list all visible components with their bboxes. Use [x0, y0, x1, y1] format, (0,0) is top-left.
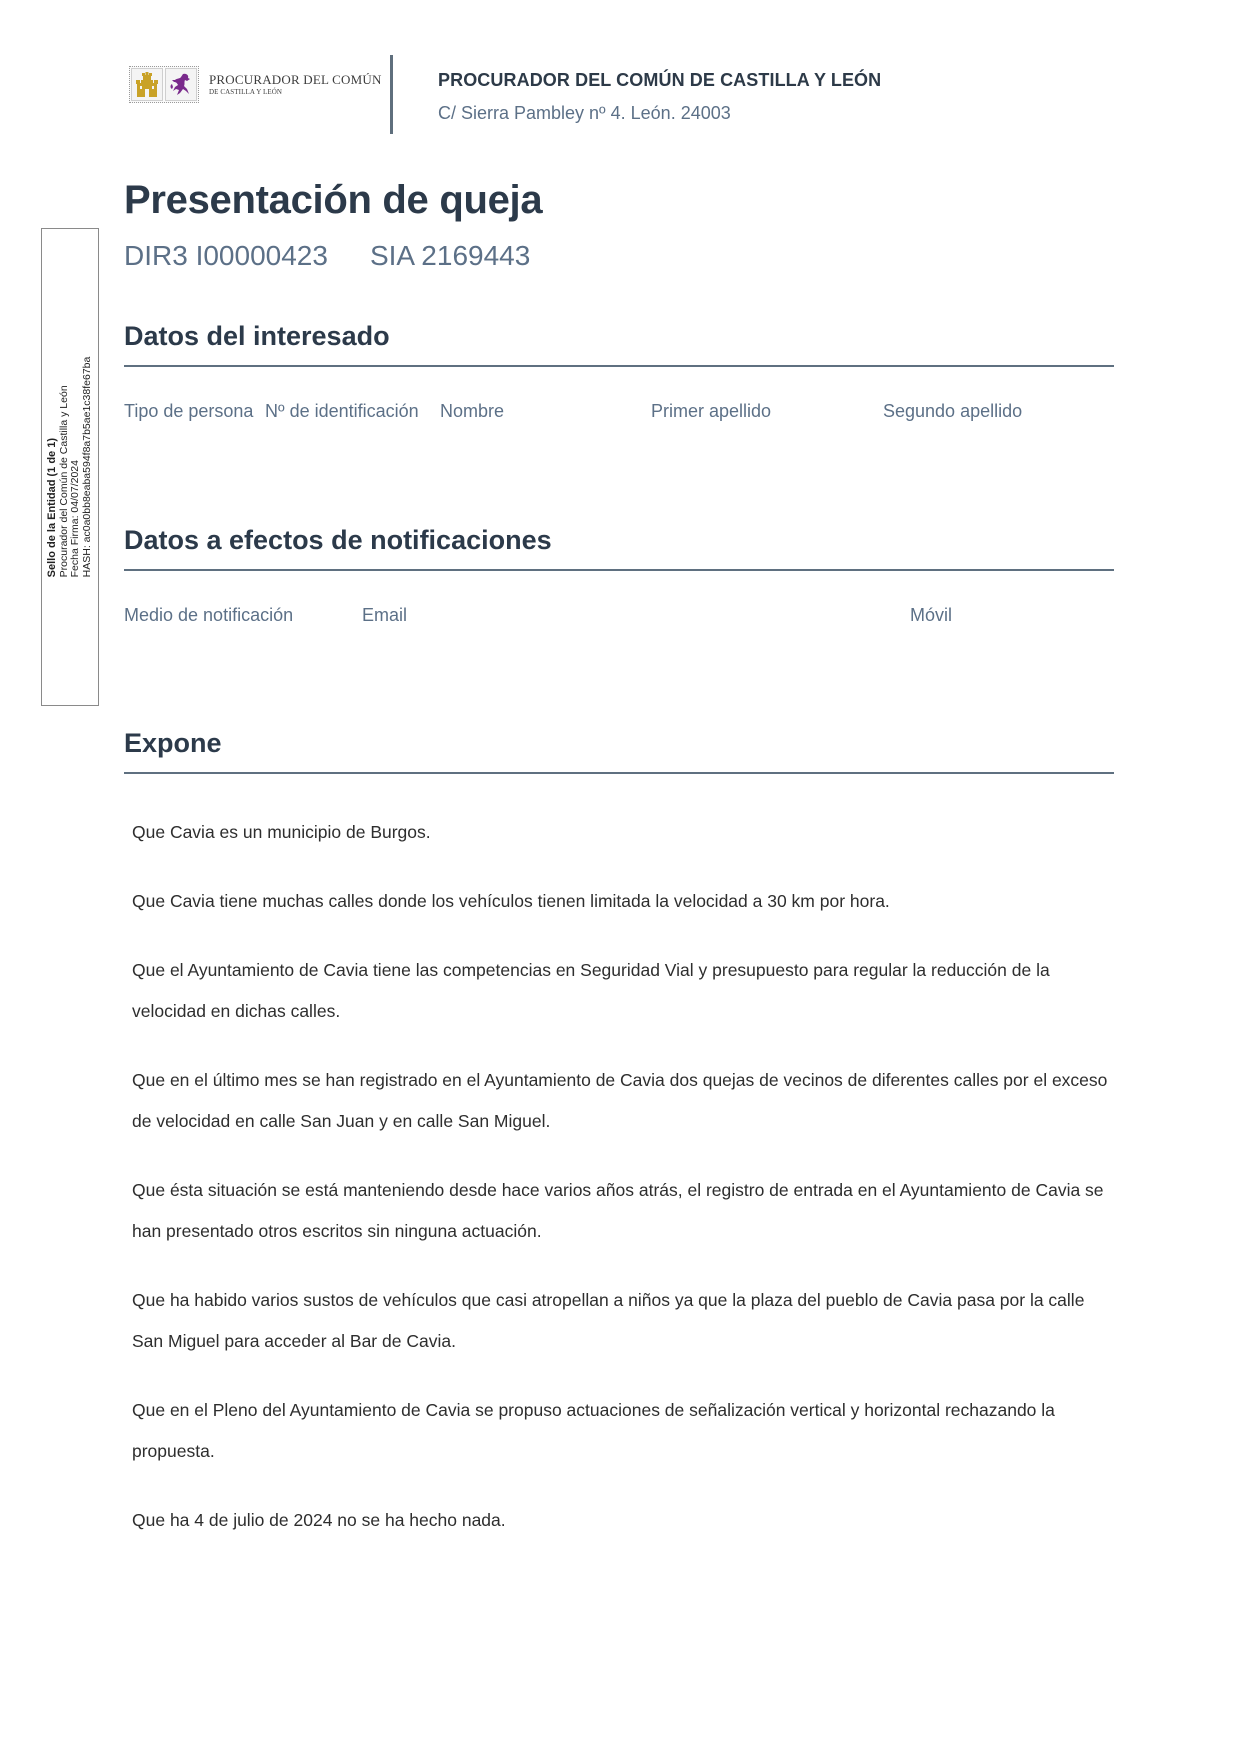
- section-title-notificaciones: Datos a efectos de notificaciones: [124, 525, 552, 556]
- field-label-email: Email: [362, 605, 407, 626]
- section-divider: [124, 772, 1114, 774]
- expone-paragraph: Que el Ayuntamiento de Cavia tiene las c…: [132, 950, 1112, 1032]
- dir3-code: DIR3 I00000423: [124, 240, 328, 272]
- castle-icon: [131, 68, 163, 101]
- expone-paragraph: Que Cavia es un municipio de Burgos.: [132, 812, 1112, 853]
- seal-text: Sello de la Entidad (1 de 1) Procurador …: [47, 357, 93, 578]
- document-codes: DIR3 I00000423 SIA 2169443: [124, 240, 530, 272]
- expone-paragraph: Que en el último mes se han registrado e…: [132, 1060, 1112, 1142]
- expone-body: Que Cavia es un municipio de Burgos. Que…: [132, 812, 1112, 1569]
- expone-paragraph: Que ésta situación se está manteniendo d…: [132, 1170, 1112, 1252]
- field-label-movil: Móvil: [910, 605, 952, 626]
- coat-of-arms: [129, 66, 199, 103]
- expone-paragraph: Que ha habido varios sustos de vehículos…: [132, 1280, 1112, 1362]
- organization-address: C/ Sierra Pambley nº 4. León. 24003: [438, 103, 731, 124]
- field-label-primer-apellido: Primer apellido: [651, 401, 771, 422]
- organization-logo: PROCURADOR DEL COMÚN DE CASTILLA Y LEÓN: [129, 66, 382, 103]
- page-title: Presentación de queja: [124, 178, 542, 223]
- expone-paragraph: Que ha 4 de julio de 2024 no se ha hecho…: [132, 1500, 1112, 1541]
- seal-signature-date: Fecha Firma: 04/07/2024: [70, 357, 82, 578]
- lion-icon: [165, 68, 197, 101]
- section-divider: [124, 365, 1114, 367]
- field-label-medio-notificacion: Medio de notificación: [124, 605, 293, 626]
- section-divider: [124, 569, 1114, 571]
- sia-code: SIA 2169443: [370, 240, 530, 272]
- header-divider: [390, 55, 393, 134]
- field-label-segundo-apellido: Segundo apellido: [883, 401, 1022, 422]
- expone-paragraph: Que en el Pleno del Ayuntamiento de Cavi…: [132, 1390, 1112, 1472]
- expone-paragraph: Que Cavia tiene muchas calles donde los …: [132, 881, 1112, 922]
- seal-title: Sello de la Entidad (1 de 1): [47, 357, 59, 578]
- section-title-expone: Expone: [124, 728, 222, 759]
- logo-text: PROCURADOR DEL COMÚN DE CASTILLA Y LEÓN: [209, 73, 382, 96]
- field-label-nombre: Nombre: [440, 401, 504, 422]
- organization-name: PROCURADOR DEL COMÚN DE CASTILLA Y LEÓN: [438, 70, 881, 91]
- logo-name-line2: DE CASTILLA Y LEÓN: [209, 89, 382, 96]
- entity-seal-stamp: Sello de la Entidad (1 de 1) Procurador …: [41, 228, 99, 706]
- section-title-interesado: Datos del interesado: [124, 321, 390, 352]
- logo-name-line1: PROCURADOR DEL COMÚN: [209, 73, 382, 86]
- field-label-identificacion: Nº de identificación: [265, 401, 419, 422]
- field-label-tipo-persona: Tipo de persona: [124, 401, 253, 422]
- seal-hash: HASH: ac0a0bb8eaba594f8a7b5ae1c38fe67ba: [82, 357, 94, 578]
